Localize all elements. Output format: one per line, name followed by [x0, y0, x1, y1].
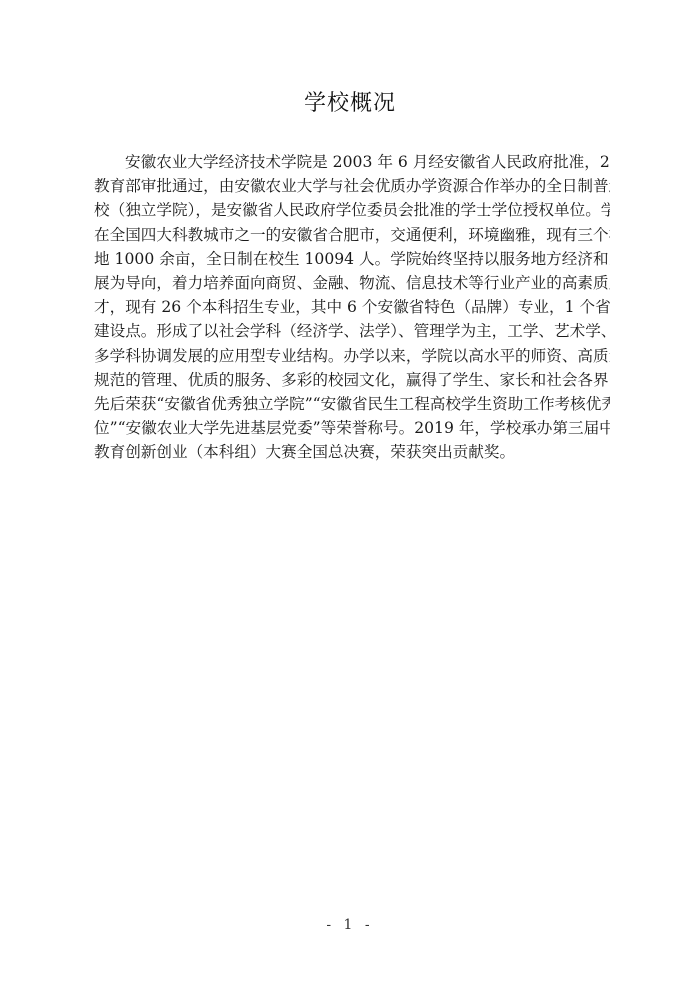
paragraph-line: 展为导向，着力培养面向商贸、金融、物流、信息技术等行业产业的高素质应用型人	[94, 271, 610, 295]
paragraph-line: 教育创新创业（本科组）大赛全国总决赛，荣获突出贡献奖。	[94, 440, 610, 464]
paragraph-line: 校（独立学院），是安徽省人民政府学位委员会批准的学士学位授权单位。学院坐落	[94, 198, 610, 222]
page-number: - 1 -	[0, 917, 700, 933]
body-paragraph: 安徽农业大学经济技术学院是 2003 年 6 月经安徽省人民政府批准，2004 …	[94, 150, 610, 464]
paragraph-line: 建设点。形成了以社会学科（经济学、法学）、管理学为主，工学、艺术学、文学等	[94, 319, 610, 343]
paragraph-line: 在全国四大科教城市之一的安徽省合肥市，交通便利，环境幽雅，现有三个校区，占	[94, 223, 610, 247]
paragraph-line: 地 1000 余亩，全日制在校生 10094 人。学院始终坚持以服务地方经济和区…	[94, 247, 610, 271]
paragraph-line: 规范的管理、优质的服务、多彩的校园文化，赢得了学生、家长和社会各界的好评，	[94, 368, 610, 392]
paragraph-line: 安徽农业大学经济技术学院是 2003 年 6 月经安徽省人民政府批准，2004 …	[94, 150, 610, 174]
paragraph-line: 位”“安徽农业大学先进基层党委”等荣誉称号。2019 年，学校承办第三届中华职业	[94, 416, 610, 440]
document-page: 学校概况 安徽农业大学经济技术学院是 2003 年 6 月经安徽省人民政府批准，…	[0, 0, 700, 989]
paragraph-line: 才，现有 26 个本科招生专业，其中 6 个安徽省特色（品牌）专业，1 个省级一…	[94, 295, 610, 319]
paragraph-line: 多学科协调发展的应用型专业结构。办学以来，学院以高水平的师资、高质量的教学、	[94, 344, 610, 368]
paragraph-line: 先后荣获“安徽省优秀独立学院”“安徽省民生工程高校学生资助工作考核优秀单	[94, 392, 610, 416]
paragraph-line: 教育部审批通过，由安徽农业大学与社会优质办学资源合作举办的全日制普通本科学	[94, 174, 610, 198]
page-title: 学校概况	[0, 86, 700, 117]
